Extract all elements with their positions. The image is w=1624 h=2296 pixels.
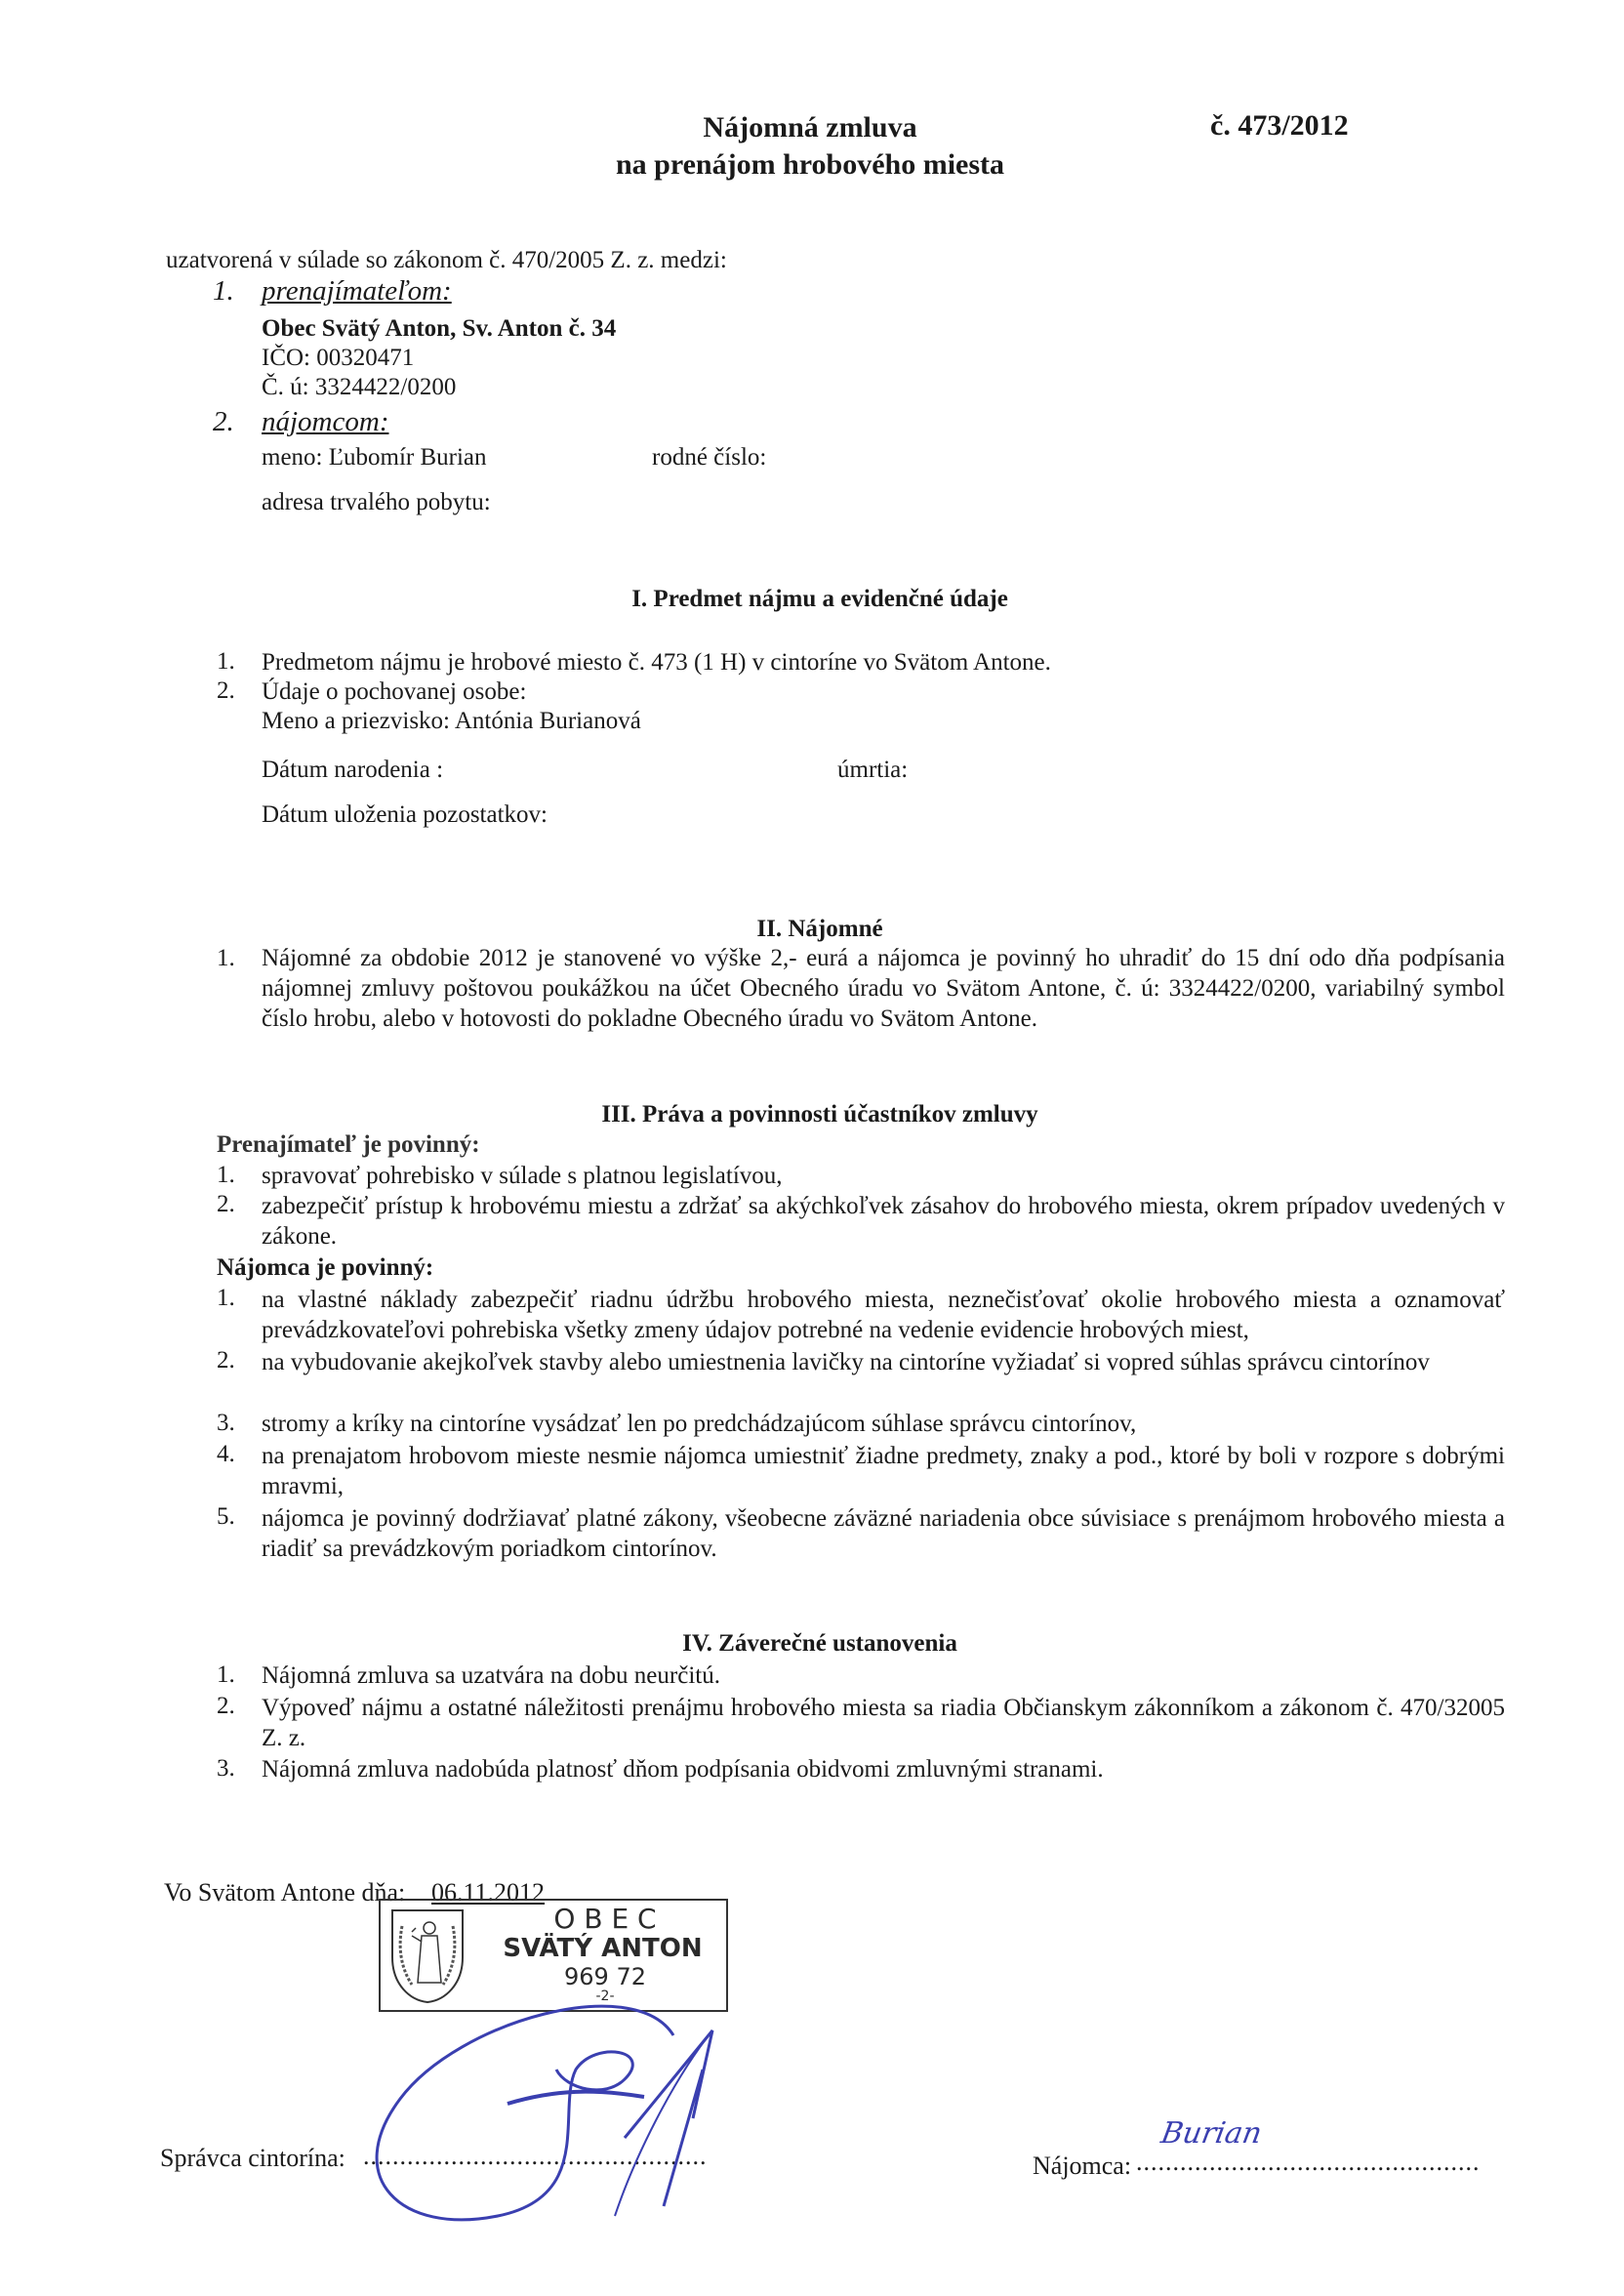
- item-number: 3.: [217, 1410, 235, 1437]
- s4-item-1: Nájomná zmluva sa uzatvára na dobu neurč…: [262, 1661, 720, 1691]
- item-number: 1.: [217, 648, 235, 676]
- item-number: 3.: [217, 1755, 235, 1783]
- item-number: 2.: [217, 677, 235, 705]
- item-number: 2.: [217, 1347, 235, 1374]
- administrator-label: Správca cintorína:: [160, 2144, 345, 2173]
- tenant-birth-number: rodné číslo:: [652, 443, 766, 472]
- buried-person-name: Meno a priezvisko: Antónia Burianová: [262, 707, 641, 736]
- s2-item-1: Nájomné za obdobie 2012 je stanovené vo …: [262, 943, 1505, 1034]
- s4-item-3: Nájomná zmluva nadobúda platnosť dňom po…: [262, 1755, 1104, 1784]
- item-number: 4.: [217, 1441, 235, 1468]
- landlord-name: Obec Svätý Anton, Sv. Anton č. 34: [262, 314, 616, 344]
- item-number: 1.: [217, 1162, 235, 1189]
- item-number: 1.: [217, 945, 235, 972]
- party-role: prenajímateľom:: [262, 275, 452, 307]
- tenant-name: meno: Ľubomír Burian: [262, 443, 487, 472]
- item-number: 5.: [217, 1503, 235, 1531]
- tenant-duty-3: stromy a kríky na cintoríne vysádzať len…: [262, 1410, 1136, 1439]
- s1-item-2: Údaje o pochovanej osobe:: [262, 677, 526, 707]
- section-2-heading: II. Nájomné: [664, 916, 976, 943]
- landlord-account: Č. ú: 3324422/0200: [262, 373, 456, 402]
- document-title: Nájomná zmluva na prenájom hrobového mie…: [547, 109, 1074, 184]
- item-number: 1.: [217, 1285, 235, 1312]
- section-1-heading: I. Predmet nájmu a evidenčné údaje: [547, 586, 1093, 613]
- tenant-duty-2: na vybudovanie akejkoľvek stavby alebo u…: [262, 1347, 1505, 1377]
- stamp-line-1: O B E C: [488, 1903, 722, 1935]
- tenant-signature-line: ........................................…: [1136, 2148, 1481, 2177]
- section-4-heading: IV. Záverečné ustanovenia: [605, 1630, 1035, 1658]
- burial-date-label: Dátum uloženia pozostatkov:: [262, 800, 548, 830]
- party-number: 1.: [213, 275, 234, 307]
- landlord-duty-2: zabezpečiť prístup k hrobovému miestu a …: [262, 1191, 1505, 1251]
- administrator-signature: [342, 1982, 751, 2235]
- landlord-duty-1: spravovať pohrebisko v súlade s platnou …: [262, 1162, 783, 1191]
- tenant-duty-5: nájomca je povinný dodržiavať platné zák…: [262, 1503, 1505, 1564]
- tenant-label: Nájomca:: [1033, 2152, 1131, 2181]
- landlord-duties-heading: Prenajímateľ je povinný:: [217, 1130, 480, 1160]
- tenant-duty-4: na prenajatom hrobovom mieste nesmie náj…: [262, 1441, 1505, 1501]
- death-date-label: úmrtia:: [837, 756, 908, 785]
- tenant-signature: Burian: [1158, 2116, 1265, 2151]
- item-number: 2.: [217, 1693, 235, 1720]
- s4-item-2: Výpoveď nájmu a ostatné náležitosti pren…: [262, 1693, 1505, 1753]
- item-number: 1.: [217, 1661, 235, 1689]
- stamp-line-2: SVÄTÝ ANTON: [478, 1934, 727, 1963]
- intro-text: uzatvorená v súlade so zákonom č. 470/20…: [166, 246, 727, 275]
- section-3-heading: III. Práva a povinnosti účastníkov zmluv…: [547, 1101, 1093, 1128]
- title-line-1: Nájomná zmluva: [547, 109, 1074, 146]
- birth-date-label: Dátum narodenia :: [262, 756, 443, 785]
- title-line-2: na prenájom hrobového miesta: [547, 146, 1074, 184]
- party-number: 2.: [213, 406, 234, 438]
- party-role: nájomcom:: [262, 406, 388, 438]
- landlord-ico: IČO: 00320471: [262, 344, 414, 373]
- item-number: 2.: [217, 1191, 235, 1218]
- tenant-duty-1: na vlastné náklady zabezpečiť riadnu údr…: [262, 1285, 1505, 1345]
- tenant-duties-heading: Nájomca je povinný:: [217, 1253, 433, 1283]
- place-date-label: Vo Svätom Antone dňa:: [164, 1878, 405, 1907]
- contract-number: č. 473/2012: [1210, 109, 1349, 143]
- s1-item-1: Predmetom nájmu je hrobové miesto č. 473…: [262, 648, 1051, 677]
- tenant-address: adresa trvalého pobytu:: [262, 488, 491, 517]
